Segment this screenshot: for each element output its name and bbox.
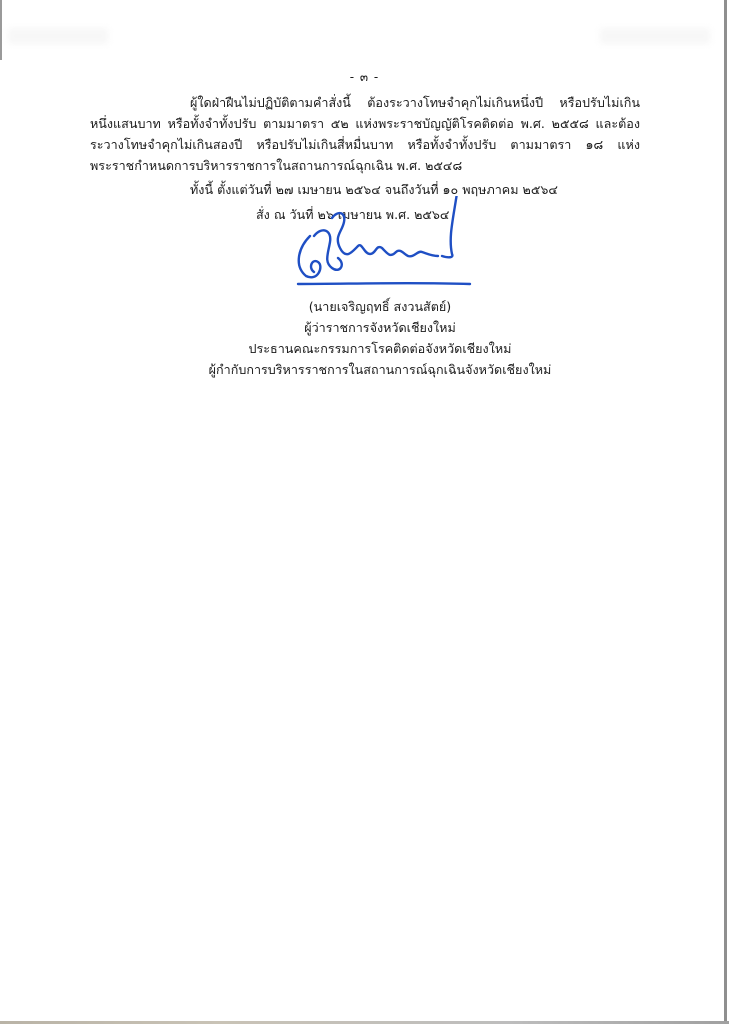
signatory-title: ผู้ว่าราชการจังหวัดเชียงใหม่ xyxy=(200,317,560,338)
penalty-paragraph: ผู้ใดฝ่าฝืนไม่ปฏิบัติตามคำสั่งนี้ ต้องระ… xyxy=(90,92,640,176)
signatory-title: ผู้กำกับการบริหารราชการในสถานการณ์ฉุกเฉิ… xyxy=(200,359,560,380)
paragraph-line: ระวางโทษจำคุกไม่เกินสองปี หรือปรับไม่เกิ… xyxy=(90,134,640,155)
signatory-title: ประธานคณะกรรมการโรคติดต่อจังหวัดเชียงใหม… xyxy=(200,338,560,359)
scan-smudge xyxy=(600,28,710,44)
scan-smudge xyxy=(8,28,108,44)
signatory-name: (นายเจริญฤทธิ์ สงวนสัตย์) xyxy=(200,296,560,317)
signature-stroke xyxy=(298,196,470,284)
signature-image xyxy=(288,196,478,296)
page-number: - ๓ - xyxy=(0,68,729,87)
signatory-block: (นายเจริญฤทธิ์ สงวนสัตย์) ผู้ว่าราชการจั… xyxy=(200,296,560,380)
scan-edge-right xyxy=(724,0,727,1024)
paragraph-line: หนึ่งแสนบาท หรือทั้งจำทั้งปรับ ตามมาตรา … xyxy=(90,113,640,134)
paragraph-line: พระราชกำหนดการบริหารราชการในสถานการณ์ฉุก… xyxy=(90,155,640,176)
scan-edge-left xyxy=(0,0,2,60)
paragraph-line: ผู้ใดฝ่าฝืนไม่ปฏิบัติตามคำสั่งนี้ ต้องระ… xyxy=(90,92,640,113)
